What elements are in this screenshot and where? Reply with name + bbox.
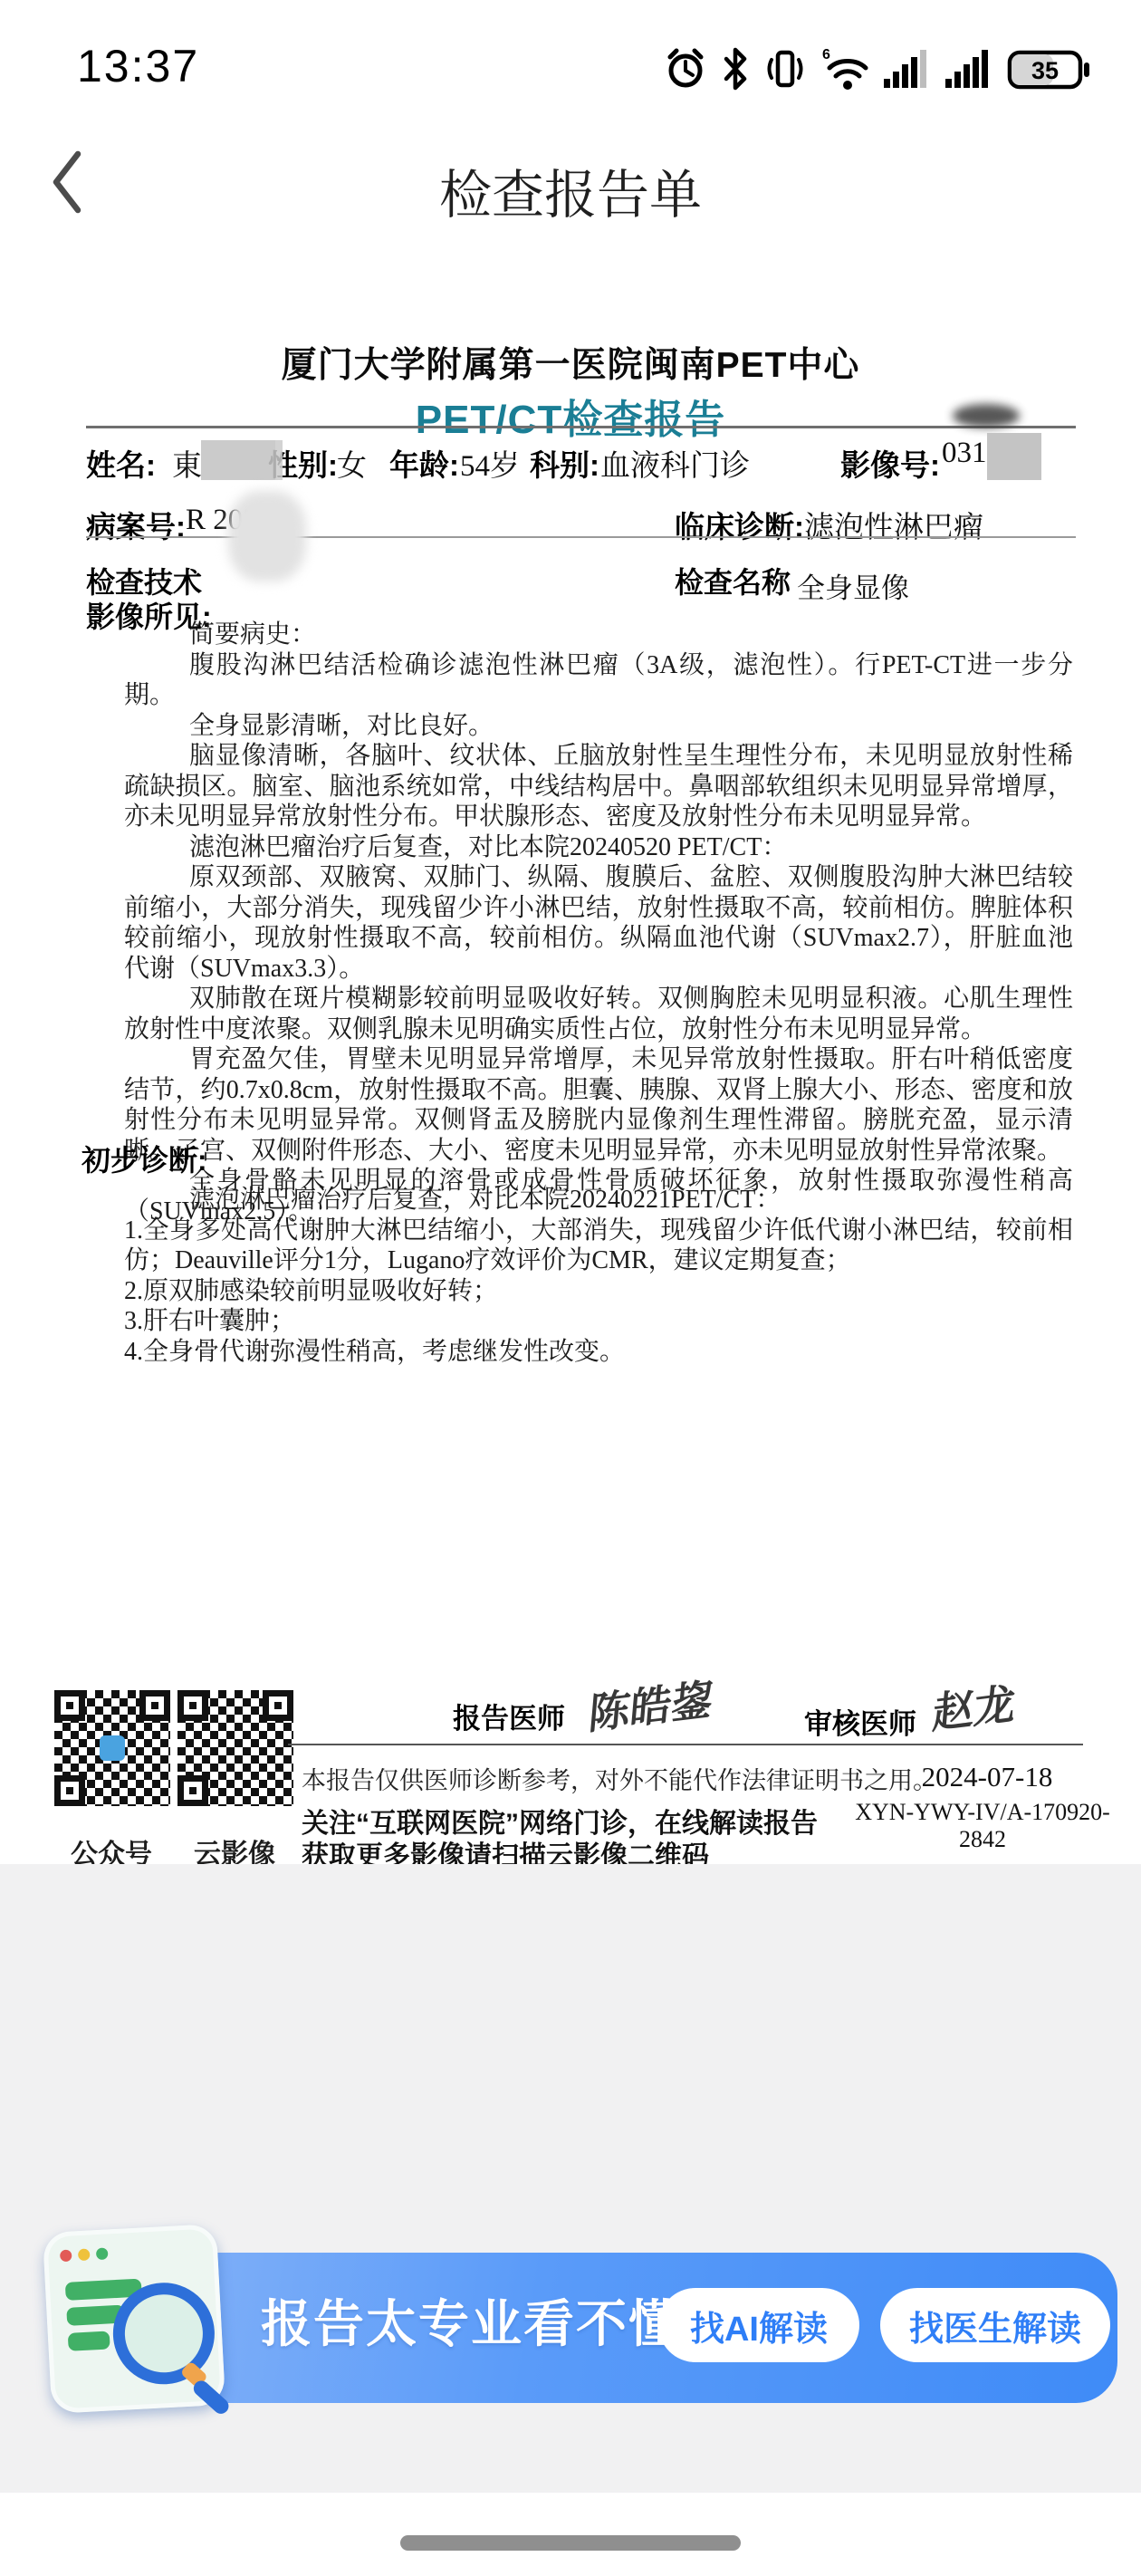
findings-paragraph: 全身显影清晰，对比良好。 [124,711,1073,742]
report-code: XYN-YWY-IV/A-170920-2842 [833,1799,1132,1853]
name-label: 姓名: [86,442,156,485]
diagnosis-item: 3.肝右叶囊肿； [124,1306,1073,1337]
report-date: 2024-07-18 [869,1761,1105,1793]
ink-smudge [953,404,1020,428]
bottom-strip [0,2493,1141,2576]
diagnosis-label: 初步诊断: [81,1138,207,1179]
findings-paragraph: 腹股沟淋巴结活检确诊滤泡性淋巴瘤（3A级，滤泡性）。行PET-CT进一步分期。 [124,650,1073,711]
findings-paragraph: 简要病史： [124,620,1073,650]
report-doctor-signature: 陈皓鋆 [589,1674,714,1734]
wifi-6-icon: 6 [820,46,869,91]
report-doctor-label: 报告医师 [453,1696,565,1736]
home-indicator[interactable] [400,2535,741,2551]
vibrate-icon [764,46,806,91]
battery-percent: 35 [1031,57,1059,84]
clinical-dx-label: 临床诊断: [675,504,804,546]
bluetooth-icon [721,46,750,91]
review-doctor-signature: 赵龙 [933,1676,1016,1735]
battery-icon: 35 [1007,46,1090,91]
patient-info-row: 姓名: 東 性别: 女 年龄: 54岁 科别: 血液科门诊 影像号: 0312 [0,442,1141,487]
diagnosis-item: 1.全身多处高代谢肿大淋巴结缩小，大部消失，现残留少许低代谢小淋巴结，较前相仿；… [124,1216,1073,1276]
svg-text:6: 6 [822,47,830,62]
qr-code-public-account [54,1690,170,1806]
signal-icon [945,46,992,91]
divider [86,426,1076,428]
status-time: 13:37 [77,40,199,92]
age-label: 年龄: [389,442,459,485]
hospital-title: 厦门大学附属第一医院闽南PET中心 [0,337,1141,388]
clinical-dx-value: 滤泡性淋巴瘤 [804,504,983,546]
findings-paragraph: 滤泡淋巴瘤治疗后复查，对比本院20240520 PET/CT： [124,832,1073,863]
ai-interpret-button[interactable]: 找AI解读 [658,2288,859,2362]
case-info-row: 病案号: R 207 临床诊断: 滤泡性淋巴瘤 [0,504,1141,549]
divider [288,1744,1083,1745]
dept-label: 科别: [530,442,599,485]
page-title: 检查报告单 [0,152,1141,228]
findings-paragraph: 胃充盈欠佳，胃壁未见明显异常增厚，未见异常放射性摄取。肝右叶稍低密度结节，约0.… [124,1044,1073,1166]
report-magnifier-icon [43,2224,225,2414]
findings-paragraph: 脑显像清晰，各脑叶、纹状体、丘脑放射性呈生理性分布，未见明显放射性稀疏缺损区。脑… [124,741,1073,832]
qr-code-cloud-image [177,1690,293,1806]
disclaimer-text: 本报告仅供医师诊断参考，对外不能代作法律证明书之用。 [302,1761,937,1796]
gender-value: 女 [337,442,367,485]
findings-text: 简要病史： 腹股沟淋巴结活检确诊滤泡性淋巴瘤（3A级，滤泡性）。行PET-CT进… [124,620,1073,1226]
redaction-box [987,433,1041,480]
alarm-icon [665,46,706,91]
exam-name-value: 全身显像 [797,565,909,606]
qr-logo [100,1735,125,1761]
screen: 13:37 6 35 检查报告单 厦门大学附属第一医院闽南PET中心 PET/C… [0,0,1141,2576]
diagnosis-intro: 滤泡淋巴瘤治疗后复查，对比本院20240221PET/CT： [124,1185,1073,1216]
exam-name-label: 检查名称 [675,560,791,601]
status-icons: 6 35 [665,45,1090,92]
dept-value: 血液科门诊 [600,442,750,485]
signal-icon [884,46,931,91]
banner-question: 报告太专业看不懂? [261,2284,714,2357]
findings-paragraph: 原双颈部、双腋窝、双肺门、纵隔、腹膜后、盆腔、双侧腹股沟肿大淋巴结较前缩小，大部… [124,862,1073,984]
name-value: 東 [172,442,202,485]
doctor-interpret-button[interactable]: 找医生解读 [880,2288,1110,2362]
review-doctor-label: 审核医师 [804,1701,916,1742]
age-value: 54岁 [460,442,520,485]
image-no-label: 影像号: [840,442,940,485]
diagnosis-item: 4.全身骨代谢弥漫性稍高，考虑继发性改变。 [124,1337,1073,1368]
diagnosis-text: 滤泡淋巴瘤治疗后复查，对比本院20240221PET/CT： 1.全身多处高代谢… [124,1185,1073,1367]
diagnosis-item: 2.原双肺感染较前明显吸收好转； [124,1276,1073,1307]
redaction-box [259,440,283,480]
case-no-label: 病案号: [86,504,186,546]
findings-paragraph: 双肺散在斑片模糊影较前明显吸收好转。双侧胸腔未见明显积液。心肌生理性放射性中度浓… [124,984,1073,1044]
